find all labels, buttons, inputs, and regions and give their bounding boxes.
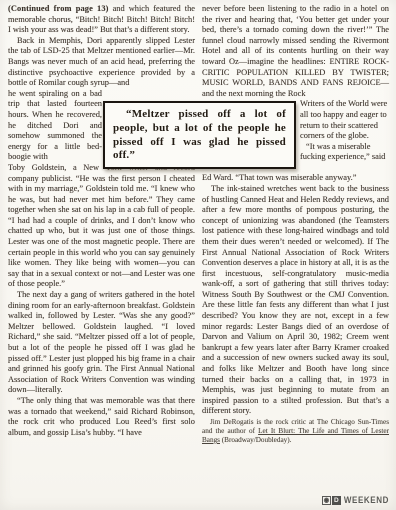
paragraph: Toby Goldstein, a New York writer and re… [8, 163, 195, 290]
paragraph-continued: (Continued from page 13) and which featu… [8, 4, 195, 36]
paragraph-text: “It was a miserable fucking experience,”… [300, 142, 389, 163]
weekend-section-mark: ◉ D WEEKEND [321, 496, 389, 505]
paragraph: The ink-stained wretches went back to th… [202, 184, 389, 417]
paragraph: Back in Memphis, Dori apparently slipped… [8, 36, 195, 89]
pull-quote-text: “Meltzer pissed off a lot of people, but… [113, 108, 286, 161]
paragraph-text: Writers of the World were all too happy … [300, 99, 389, 141]
newspaper-name: The Chicago Sun-Times [317, 418, 389, 426]
author-bio: Jim DeRogatis is the rock critic at The … [202, 418, 389, 445]
column-left: (Continued from page 13) and which featu… [8, 4, 195, 438]
paragraph: Ed Ward. “That town was miserable anyway… [202, 173, 389, 184]
paragraph: “The only thing that was memorable was t… [8, 396, 195, 438]
bio-text: and the author of [202, 427, 258, 435]
pull-quote-box: “Meltzer pissed off a lot of people, but… [103, 101, 296, 169]
bio-text: Jim DeRogatis is the rock critic at [210, 418, 317, 426]
weekend-label: WEEKEND [344, 495, 389, 505]
column-right: never before been listening to the radio… [202, 4, 389, 445]
paragraph: The next day a gang of writers gathered … [8, 290, 195, 396]
text-beside-pullquote-right: Writers of the World were all too happy … [300, 99, 389, 173]
continued-from-notice: (Continued from page 13) [8, 4, 109, 13]
paragraph: never before been listening to the radio… [202, 4, 389, 99]
bio-text: (Broadway/Doubleday). [220, 436, 291, 444]
text-beside-pullquote-left: he went spiraling on a bad trip that las… [8, 89, 102, 163]
copyright-badge-icon: ◉ [322, 496, 331, 505]
article-page: (Continued from page 13) and which featu… [0, 0, 396, 510]
section-badge-icon: D [332, 496, 341, 505]
